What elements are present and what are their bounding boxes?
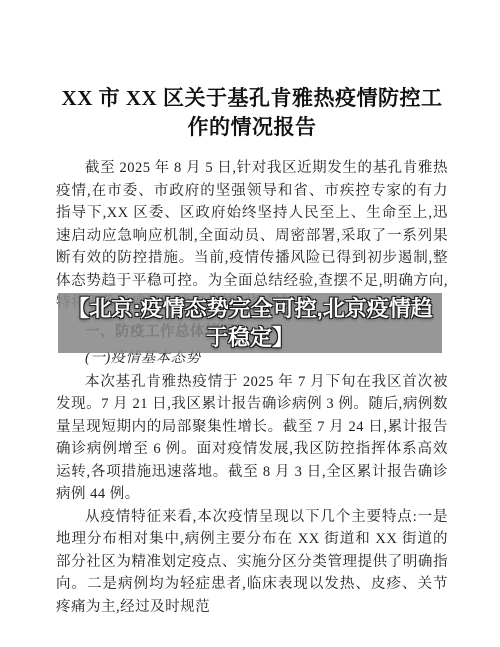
document-page: XX 市 XX 区关于基孔肯雅热疫情防控工作的情况报告 截至 2025 年 8 … [0,0,500,647]
paragraph-case-timeline: 本次基孔肯雅热疫情于 2025 年 7 月下旬在我区首次被发现。7 月 21 日… [56,371,448,506]
document-title: XX 市 XX 区关于基孔肯雅热疫情防控工作的情况报告 [56,84,448,142]
headline-overlay-banner[interactable]: 【北京:疫情态势完全可控,北京疫情趋 于稳定】 [58,293,442,353]
headline-line-2: 于稳定】 [206,323,294,352]
paragraph-epidemic-characteristics: 从疫情特征来看,本次疫情呈现以下几个主要特点:一是地理分布相对集中,病例主要分布… [56,506,448,619]
headline-line-1: 【北京:疫情态势完全可控,北京疫情趋 [67,294,432,323]
paragraph-overview: 截至 2025 年 8 月 5 日,针对我区近期发生的基孔肯雅热疫情,在市委、市… [56,157,448,315]
